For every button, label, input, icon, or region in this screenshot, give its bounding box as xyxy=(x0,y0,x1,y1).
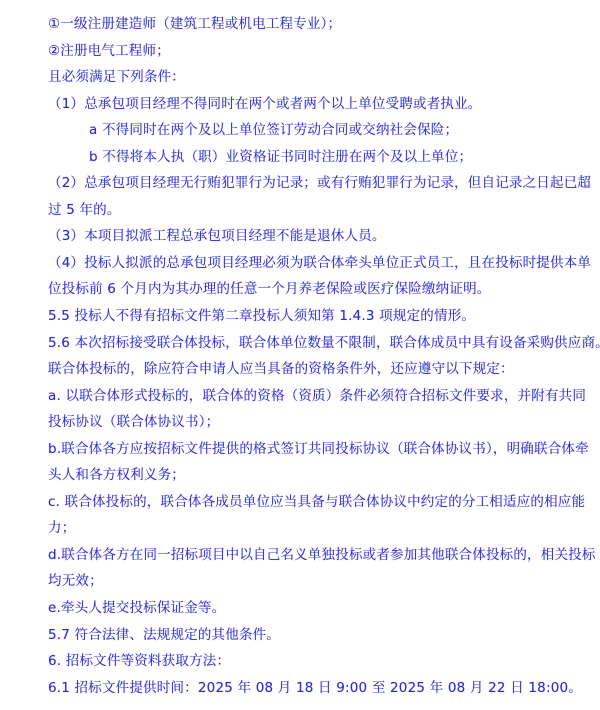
doc-line: 头人和各方权利义务； xyxy=(48,462,580,489)
document-text-body: ①一级注册建造师（建筑工程或机电工程专业）； ②注册电气工程师； 且必须满足下列… xyxy=(48,11,580,701)
document-page: ①一级注册建造师（建筑工程或机电工程专业）； ②注册电气工程师； 且必须满足下列… xyxy=(0,0,600,710)
doc-line: ①一级注册建造师（建筑工程或机电工程专业）； xyxy=(48,11,580,38)
doc-line: 过 5 年的。 xyxy=(48,197,580,224)
doc-line: a 不得同时在两个及以上单位签订劳动合同或交纳社会保险； xyxy=(48,117,580,144)
doc-line: c. 联合体投标的，联合体各成员单位应当具备与联合体协议中约定的分工相适应的相应… xyxy=(48,489,580,516)
doc-line: e.牵头人提交投标保证金等。 xyxy=(48,595,580,622)
doc-line: d.联合体各方在同一招标项目中以自己名义单独投标或者参加其他联合体投标的，相关投… xyxy=(48,542,580,569)
doc-line: （4）投标人拟派的总承包项目经理必须为联合体牵头单位正式员工，且在投标时提供本单 xyxy=(48,250,580,277)
doc-line: 5.6 本次招标接受联合体投标，联合体单位数量不限制，联合体成员中具有设备采购供… xyxy=(48,330,580,357)
doc-line: 6.1 招标文件提供时间：2025 年 08 月 18 日 9:00 至 202… xyxy=(48,675,580,702)
doc-line: 且必须满足下列条件： xyxy=(48,64,580,91)
doc-line: 力； xyxy=(48,515,580,542)
doc-line: a. 以联合体形式投标的，联合体的资格（资质）条件必须符合招标文件要求，并附有共… xyxy=(48,383,580,410)
doc-line: （2）总承包项目经理无行贿犯罪行为记录；或有行贿犯罪行为记录，但自记录之日起已超 xyxy=(48,170,580,197)
doc-line: （1）总承包项目经理不得同时在两个或者两个以上单位受聘或者执业。 xyxy=(48,91,580,118)
doc-line: 均无效； xyxy=(48,568,580,595)
doc-line: 5.5 投标人不得有招标文件第二章投标人须知第 1.4.3 项规定的情形。 xyxy=(48,303,580,330)
doc-line: b.联合体各方应按招标文件提供的格式签订共同投标协议（联合体协议书），明确联合体… xyxy=(48,436,580,463)
doc-line: 联合体投标的，除应符合申请人应当具备的资格条件外，还应遵守以下规定： xyxy=(48,356,580,383)
doc-line: （3）本项目拟派工程总承包项目经理不能是退休人员。 xyxy=(48,223,580,250)
doc-line: ②注册电气工程师； xyxy=(48,38,580,65)
doc-line: 投标协议（联合体协议书）； xyxy=(48,409,580,436)
doc-line: 位投标前 6 个月内为其办理的任意一个月养老保险或医疗保险缴纳证明。 xyxy=(48,276,580,303)
doc-line: 5.7 符合法律、法规规定的其他条件。 xyxy=(48,622,580,649)
doc-line: 6. 招标文件等资料获取方法： xyxy=(48,648,580,675)
doc-line: b 不得将本人执（职）业资格证书同时注册在两个及以上单位； xyxy=(48,144,580,171)
